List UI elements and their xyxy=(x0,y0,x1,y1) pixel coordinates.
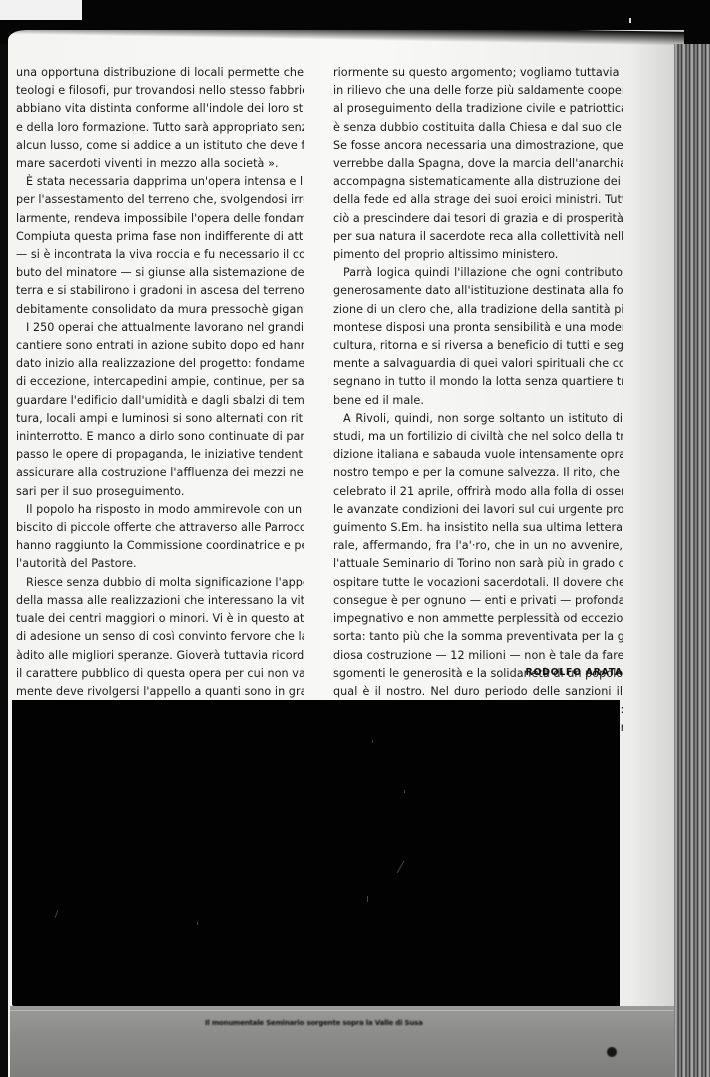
text-line: sorta: tanto più che la somma preventiva… xyxy=(333,628,623,646)
text-line: l'attuale Seminario di Torino non sarà p… xyxy=(333,555,623,573)
text-line: nostro tempo e per la comune salvezza. I… xyxy=(333,464,623,482)
text-line: pimento del proprio altissimo ministero. xyxy=(333,246,623,264)
text-line: verrebbe dalla Spagna, dove la marcia de… xyxy=(333,155,623,173)
text-line: È stata necessaria dapprima un'opera int… xyxy=(16,173,304,191)
text-line: qual è il nostro. Nel duro periodo delle… xyxy=(333,683,623,701)
text-line: dizione italiana e sabauda vuole intensa… xyxy=(333,446,623,464)
text-line: generosamente dato all'istituzione desti… xyxy=(333,282,623,300)
text-line: le avanzate condizioni dei lavori sul cu… xyxy=(333,501,623,519)
text-line: Il popolo ha risposto in modo ammirevole… xyxy=(16,501,304,519)
text-line: celebrato il 21 aprile, offrirà modo all… xyxy=(333,483,623,501)
text-line: l'autorità del Pastore. xyxy=(16,555,304,573)
text-line: al proseguimento della tradizione civile… xyxy=(333,100,623,118)
text-line: studi, ma un fortilizio di civiltà che n… xyxy=(333,428,623,446)
text-line: alcun lusso, come si addice a un istitut… xyxy=(16,137,304,155)
article-left-column: una opportuna distribuzione di locali pe… xyxy=(16,64,304,774)
scan-corner xyxy=(0,0,82,20)
text-line: biscito di piccole offerte che attravers… xyxy=(16,519,304,537)
text-line: assicurare alla costruzione l'affluenza … xyxy=(16,464,304,482)
text-line: dato inizio alla realizzazione del proge… xyxy=(16,355,304,373)
photo-speck xyxy=(372,740,373,743)
text-line: cultura, ritorna e si riversa a benefici… xyxy=(333,337,623,355)
page-number: 9 xyxy=(607,1047,617,1057)
text-line: della fede ed alla strage dei suoi eroic… xyxy=(333,191,623,209)
text-line: ininterrotto. E manco a dirlo sono conti… xyxy=(16,428,304,446)
text-line: e della loro formazione. Tutto sarà appr… xyxy=(16,119,304,137)
text-line: montese disposi una pronta sensibilità e… xyxy=(333,319,623,337)
page-edges xyxy=(674,44,710,1077)
article-photo xyxy=(12,700,620,1006)
caption-strip xyxy=(10,1006,674,1077)
article-right-column: riormente su questo argomento; vogliamo … xyxy=(333,64,623,756)
caption-rule xyxy=(10,1010,674,1011)
text-line: Se fosse ancora necessaria una dimostraz… xyxy=(333,137,623,155)
text-line: consegue è per ognuno — enti e privati —… xyxy=(333,592,623,610)
text-line: di adesione un senso di così convinto fe… xyxy=(16,628,304,646)
text-line: tura, locali ampi e luminosi si sono alt… xyxy=(16,410,304,428)
text-line: hanno raggiunto la Commissione coordinat… xyxy=(16,537,304,555)
text-line: passo le opere di propaganda, le iniziat… xyxy=(16,446,304,464)
text-line: I 250 operai che attualmente lavorano ne… xyxy=(16,319,304,337)
text-line: di eccezione, intercapedini ampie, conti… xyxy=(16,373,304,391)
text-line: zione di un clero che, alla tradizione d… xyxy=(333,301,623,319)
scan-artifact xyxy=(629,18,631,23)
text-line: terra e si stabilirono i gradoni in asce… xyxy=(16,282,304,300)
text-line: cantiere sono entrati in azione subito d… xyxy=(16,337,304,355)
text-line: Parrà logica quindi l'illazione che ogni… xyxy=(333,264,623,282)
photo-speck xyxy=(55,910,59,918)
text-line: mente deve rivolgersi l'appello a quanti… xyxy=(16,683,304,701)
photo-speck xyxy=(404,790,405,793)
text-line: debitamente consolidato da mura pressoch… xyxy=(16,301,304,319)
text-line: Riesce senza dubbio di molta significazi… xyxy=(16,574,304,592)
text-line: rale, affermando, fra l'a'·ro, che in un… xyxy=(333,537,623,555)
text-line: A Rivoli, quindi, non sorge soltanto un … xyxy=(333,410,623,428)
photo-speck xyxy=(367,896,368,902)
text-line: larmente, rendeva impossibile l'opera de… xyxy=(16,210,304,228)
text-line: — si è incontrata la viva roccia e fu ne… xyxy=(16,246,304,264)
text-line: accompagna sistematicamente alla distruz… xyxy=(333,173,623,191)
text-line: ospitare tutte le vocazioni sacerdotali.… xyxy=(333,574,623,592)
text-line: per l'assestamento del terreno che, svol… xyxy=(16,191,304,209)
text-line: mente a salvaguardia di quei valori spir… xyxy=(333,355,623,373)
text-line: è senza dubbio costituita dalla Chiesa e… xyxy=(333,119,623,137)
text-line: àdito alle migliori speranze. Gioverà tu… xyxy=(16,647,304,665)
text-line: buto del minatore — si giunse alla siste… xyxy=(16,264,304,282)
text-line: guardare l'edificio dall'umidità e dagli… xyxy=(16,392,304,410)
text-line: abbiano vita distinta conforme all'indol… xyxy=(16,100,304,118)
text-line: Compiuta questa prima fase non indiffere… xyxy=(16,228,304,246)
text-line: per sua natura il sacerdote reca alla co… xyxy=(333,228,623,246)
photo-caption: Il monumentale Seminario sorgente sopra … xyxy=(205,1019,425,1027)
photo-speck xyxy=(397,861,405,874)
text-line: impegnativo e non ammette perplessità od… xyxy=(333,610,623,628)
text-line: guimento S.Em. ha insistito nella sua ul… xyxy=(333,519,623,537)
text-line: il carattere pubblico di questa opera pe… xyxy=(16,665,304,683)
text-line: in rilievo che una delle forze più salda… xyxy=(333,82,623,100)
text-line: tuale dei centri maggiori o minori. Vi è… xyxy=(16,610,304,628)
text-line: della massa alle realizzazioni che inter… xyxy=(16,592,304,610)
text-line: riormente su questo argomento; vogliamo … xyxy=(333,64,623,82)
text-line: bene ed il male. xyxy=(333,392,623,410)
text-line: teologi e filosofi, pur trovandosi nello… xyxy=(16,82,304,100)
photo-speck xyxy=(197,922,198,925)
text-line: una opportuna distribuzione di locali pe… xyxy=(16,64,304,82)
text-line: ciò a prescindere dai tesori di grazia e… xyxy=(333,210,623,228)
text-line: diosa costruzione — 12 milioni — non è t… xyxy=(333,647,623,665)
text-line: mare sacerdoti viventi in mezzo alla soc… xyxy=(16,155,304,173)
author-signature: RODOLFO ARATA xyxy=(480,667,623,678)
text-line: segnano in tutto il mondo la lotta senza… xyxy=(333,373,623,391)
text-line: sari per il suo proseguimento. xyxy=(16,483,304,501)
